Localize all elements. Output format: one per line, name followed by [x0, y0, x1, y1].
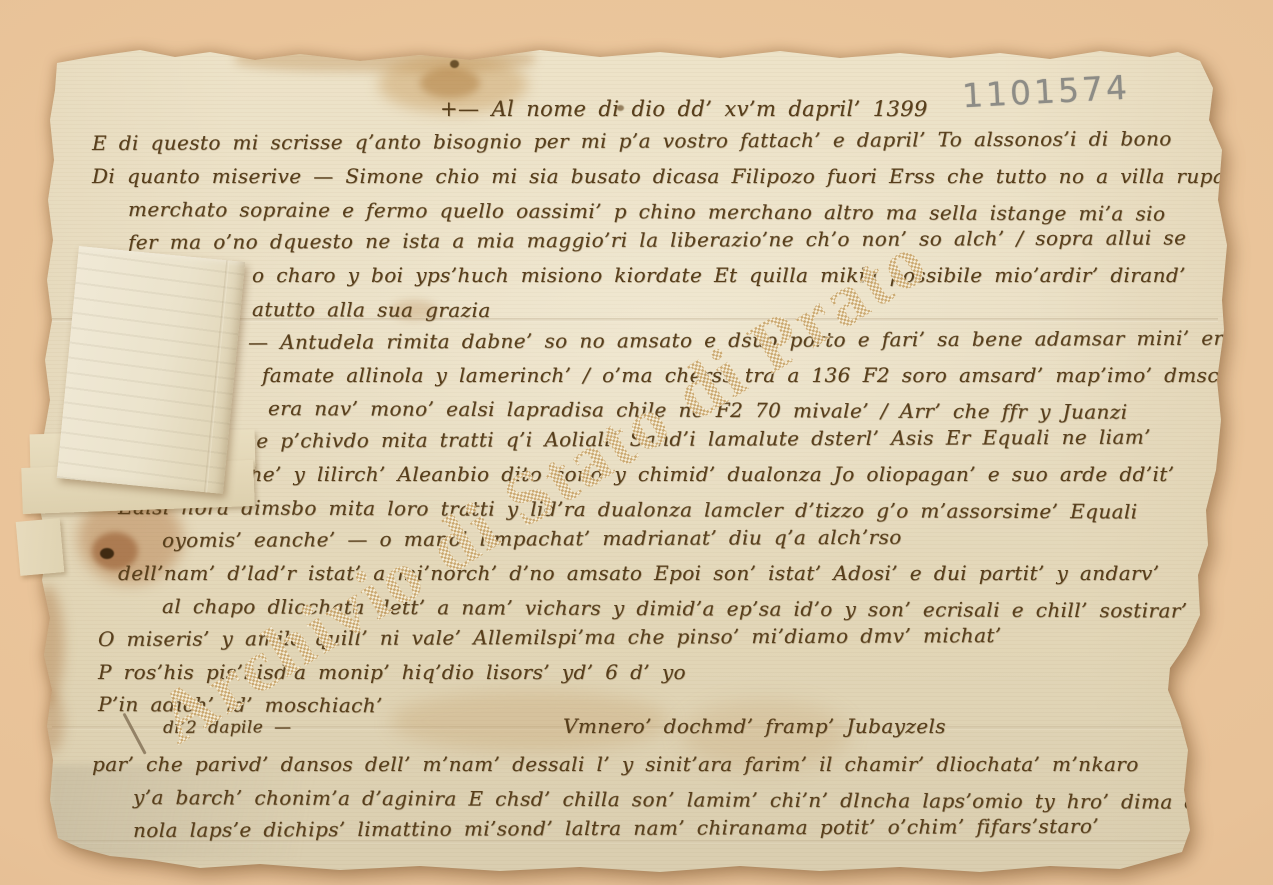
manuscript-line: atutto alla sua grazia [252, 297, 491, 322]
manuscript-line: di’2 dapile — [163, 717, 291, 738]
manuscript-line: famate allinola y lamerinch’ / o’ma cher… [262, 363, 1239, 387]
manuscript-line: Di quanto miserive — Simone chio mi sia … [92, 164, 1225, 188]
manuscript-line: merchato sopraine e fermo quello oassimi… [128, 197, 1166, 226]
manuscript-line: al chapo dliochata dett’ a nam’ vichars … [162, 594, 1188, 622]
manuscript-line: nola laps’e dichips’ limattino mi’sond’ … [133, 814, 1099, 842]
manuscript-line: o mapiche’ y lilirch’ Aleanbio dito sono… [162, 462, 1174, 486]
manuscript-line: o charo y boi yps’huch misiono kiordate … [252, 263, 1186, 287]
scan-background: +— Al nome di dio dd’ xv’m dapril’ 1399 … [0, 0, 1273, 885]
manuscript-line: P’in adich’ id’ moschiach’ [98, 692, 383, 717]
manuscript-line: dell’nam’ d’lad’r istat’ a mi’norch’ d’n… [118, 561, 1159, 585]
manuscript-line: P ros’his pis’hisd’a monip’ hiq’dio liso… [98, 660, 686, 684]
manuscript-line: fer ma o’no dquesto ne ista a mia maggio… [128, 225, 1186, 254]
manuscript-line: par’ che parivd’ dansos dell’ m’nam’ des… [92, 752, 1139, 776]
manuscript-line: Ealsi hora dimsbo mita loro tratti y lid… [118, 495, 1138, 523]
manuscript-line: — Antudela rimita dabne’ so no amsato e … [248, 326, 1245, 354]
manuscript-line: ns lia che p’chivdo mita tratti q’i Aoli… [158, 425, 1151, 453]
attached-slip [57, 246, 246, 494]
manuscript-line: O miseris’ y amila quill’ ni vale’ Allem… [98, 623, 1002, 651]
manuscript-line: era nav’ mono’ ealsi lapradisa chile ne … [268, 396, 1128, 424]
manuscript-line: oyomis’ eanche’ — o mano’ limpachat’ mad… [162, 525, 902, 552]
heading-line: +— Al nome di dio dd’ xv’m dapril’ 1399 [440, 97, 928, 121]
slip-fold-crease [204, 260, 229, 492]
attached-slip-tab [16, 518, 65, 576]
manuscript-line: y’a barch’ chonim’a d’aginira E chsd’ ch… [133, 785, 1211, 814]
signature-line: Vmnero’ dochmd’ framp’ Jubayzels [563, 714, 946, 738]
manuscript-line: E di questo mi scrisse q’anto bisognio p… [92, 126, 1172, 155]
